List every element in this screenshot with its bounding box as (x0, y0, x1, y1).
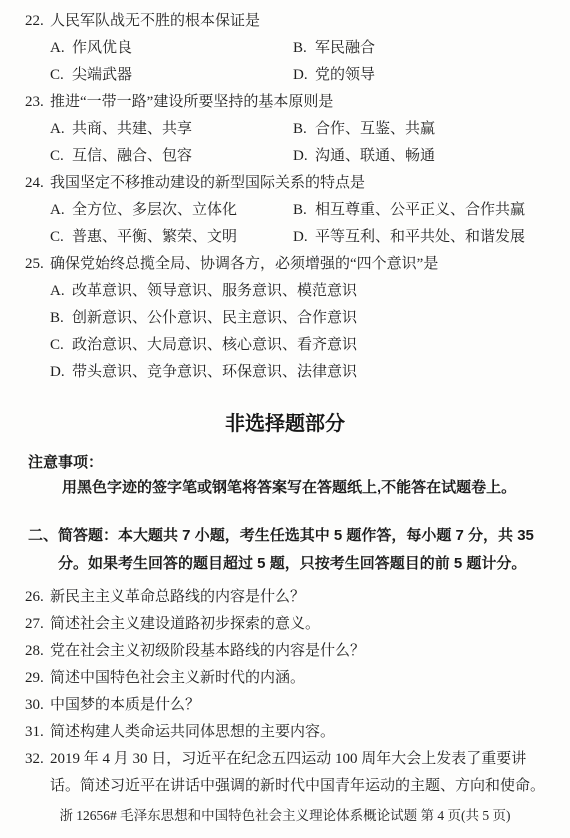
option-row: B. 合作、互鉴、共赢 (293, 116, 545, 143)
option-text: 相互尊重、公平正义、合作共赢 (315, 197, 545, 224)
option-row: C. 政治意识、大局意识、核心意识、看齐意识 (50, 332, 545, 359)
option-label: C. (50, 224, 72, 251)
option-row: D. 带头意识、竞争意识、环保意识、法律意识 (50, 359, 545, 386)
question-29: 29. 简述中国特色社会主义新时代的内涵。 (25, 665, 545, 692)
option-row: C. 互信、融合、包容 (50, 143, 293, 170)
question-31: 31. 简述构建人类命运共同体思想的主要内容。 (25, 719, 545, 746)
question-number: 26. (25, 584, 50, 611)
option-label: D. (50, 359, 72, 386)
multiple-choice-section: 22. 人民军队战无不胜的根本保证是 A. 作风优良 B. 军民融合 C. 尖端… (25, 8, 545, 386)
options-grid: A. 全方位、多层次、立体化 B. 相互尊重、公平正义、合作共赢 C. 普惠、平… (50, 197, 545, 251)
option-label: A. (50, 35, 72, 62)
option-text: 作风优良 (72, 35, 293, 62)
question-number: 27. (25, 611, 50, 638)
option-text: 共商、共建、共享 (72, 116, 293, 143)
section-number-label: 二、 (28, 522, 58, 578)
option-row: A. 改革意识、领导意识、服务意识、模范意识 (50, 278, 545, 305)
option-label: A. (50, 278, 72, 305)
question-number: 30. (25, 692, 50, 719)
option-row: B. 军民融合 (293, 35, 545, 62)
option-label: B. (50, 305, 72, 332)
question-stem: 确保党始终总揽全局、协调各方，必须增强的“四个意识”是 (50, 251, 545, 278)
question-text: 简述中国特色社会主义新时代的内涵。 (50, 665, 545, 692)
section-description: 简答题：本大题共 7 小题，考生任选其中 5 题作答，每小题 7 分，共 35 … (58, 522, 545, 578)
question-number: 25. (25, 251, 50, 278)
question-text: 新民主主义革命总路线的内容是什么？ (50, 584, 545, 611)
question-number: 32. (25, 746, 50, 800)
question-text: 中国梦的本质是什么？ (50, 692, 545, 719)
question-stem: 人民军队战无不胜的根本保证是 (50, 8, 545, 35)
question-number: 28. (25, 638, 50, 665)
question-28: 28. 党在社会主义初级阶段基本路线的内容是什么？ (25, 638, 545, 665)
question-32: 32. 2019 年 4 月 30 日，习近平在纪念五四运动 100 周年大会上… (25, 746, 545, 800)
option-row: C. 尖端武器 (50, 62, 293, 89)
option-text: 带头意识、竞争意识、环保意识、法律意识 (72, 359, 545, 386)
question-26: 26. 新民主主义革命总路线的内容是什么？ (25, 584, 545, 611)
option-label: D. (293, 224, 315, 251)
question-25: 25. 确保党始终总揽全局、协调各方，必须增强的“四个意识”是 A. 改革意识、… (25, 251, 545, 386)
options-grid: A. 改革意识、领导意识、服务意识、模范意识 B. 创新意识、公仆意识、民主意识… (50, 278, 545, 386)
option-row: A. 全方位、多层次、立体化 (50, 197, 293, 224)
option-row: A. 共商、共建、共享 (50, 116, 293, 143)
question-text: 简述构建人类命运共同体思想的主要内容。 (50, 719, 545, 746)
notice-text: 用黑色字迹的签字笔或钢笔将答案写在答题纸上,不能答在试题卷上。 (62, 475, 545, 500)
options-grid: A. 作风优良 B. 军民融合 C. 尖端武器 D. 党的领导 (50, 35, 545, 89)
question-number: 24. (25, 170, 50, 197)
question-27: 27. 简述社会主义建设道路初步探索的意义。 (25, 611, 545, 638)
option-label: A. (50, 197, 72, 224)
short-answer-section-header: 二、 简答题：本大题共 7 小题，考生任选其中 5 题作答，每小题 7 分，共 … (28, 522, 545, 578)
option-text: 平等互利、和平共处、和谐发展 (315, 224, 545, 251)
option-row: C. 普惠、平衡、繁荣、文明 (50, 224, 293, 251)
option-label: C. (50, 62, 72, 89)
question-number: 22. (25, 8, 50, 35)
option-row: B. 创新意识、公仆意识、民主意识、合作意识 (50, 305, 545, 332)
question-stem: 推进“一带一路”建设所要坚持的基本原则是 (50, 89, 545, 116)
question-number: 23. (25, 89, 50, 116)
page-footer: 浙 12656# 毛泽东思想和中国特色社会主义理论体系概论试题 第 4 页(共 … (25, 807, 545, 825)
option-text: 改革意识、领导意识、服务意识、模范意识 (72, 278, 545, 305)
option-text: 普惠、平衡、繁荣、文明 (72, 224, 293, 251)
option-text: 互信、融合、包容 (72, 143, 293, 170)
option-text: 全方位、多层次、立体化 (72, 197, 293, 224)
option-text: 党的领导 (315, 62, 545, 89)
option-label: D. (293, 143, 315, 170)
question-text: 党在社会主义初级阶段基本路线的内容是什么？ (50, 638, 545, 665)
option-row: D. 沟通、联通、畅通 (293, 143, 545, 170)
option-label: A. (50, 116, 72, 143)
notice-block: 注意事项： 用黑色字迹的签字笔或钢笔将答案写在答题纸上,不能答在试题卷上。 (25, 450, 545, 500)
notice-label: 注意事项： (28, 450, 545, 475)
option-label: B. (293, 35, 315, 62)
question-text: 2019 年 4 月 30 日，习近平在纪念五四运动 100 周年大会上发表了重… (50, 746, 545, 800)
question-23: 23. 推进“一带一路”建设所要坚持的基本原则是 A. 共商、共建、共享 B. … (25, 89, 545, 170)
exam-paper-page: 22. 人民军队战无不胜的根本保证是 A. 作风优良 B. 军民融合 C. 尖端… (0, 0, 570, 838)
question-number: 29. (25, 665, 50, 692)
short-answer-question-list: 26. 新民主主义革命总路线的内容是什么？ 27. 简述社会主义建设道路初步探索… (25, 584, 545, 800)
option-text: 沟通、联通、畅通 (315, 143, 545, 170)
option-label: C. (50, 332, 72, 359)
question-22: 22. 人民军队战无不胜的根本保证是 A. 作风优良 B. 军民融合 C. 尖端… (25, 8, 545, 89)
question-24: 24. 我国坚定不移推动建设的新型国际关系的特点是 A. 全方位、多层次、立体化… (25, 170, 545, 251)
question-number: 31. (25, 719, 50, 746)
option-text: 合作、互鉴、共赢 (315, 116, 545, 143)
option-label: C. (50, 143, 72, 170)
part-title: 非选择题部分 (25, 412, 545, 436)
question-text: 简述社会主义建设道路初步探索的意义。 (50, 611, 545, 638)
option-text: 军民融合 (315, 35, 545, 62)
option-row: D. 平等互利、和平共处、和谐发展 (293, 224, 545, 251)
option-row: A. 作风优良 (50, 35, 293, 62)
option-row: D. 党的领导 (293, 62, 545, 89)
question-stem: 我国坚定不移推动建设的新型国际关系的特点是 (50, 170, 545, 197)
option-text: 政治意识、大局意识、核心意识、看齐意识 (72, 332, 545, 359)
option-label: B. (293, 116, 315, 143)
option-text: 尖端武器 (72, 62, 293, 89)
option-label: B. (293, 197, 315, 224)
question-30: 30. 中国梦的本质是什么？ (25, 692, 545, 719)
options-grid: A. 共商、共建、共享 B. 合作、互鉴、共赢 C. 互信、融合、包容 D. 沟… (50, 116, 545, 170)
option-text: 创新意识、公仆意识、民主意识、合作意识 (72, 305, 545, 332)
option-label: D. (293, 62, 315, 89)
option-row: B. 相互尊重、公平正义、合作共赢 (293, 197, 545, 224)
